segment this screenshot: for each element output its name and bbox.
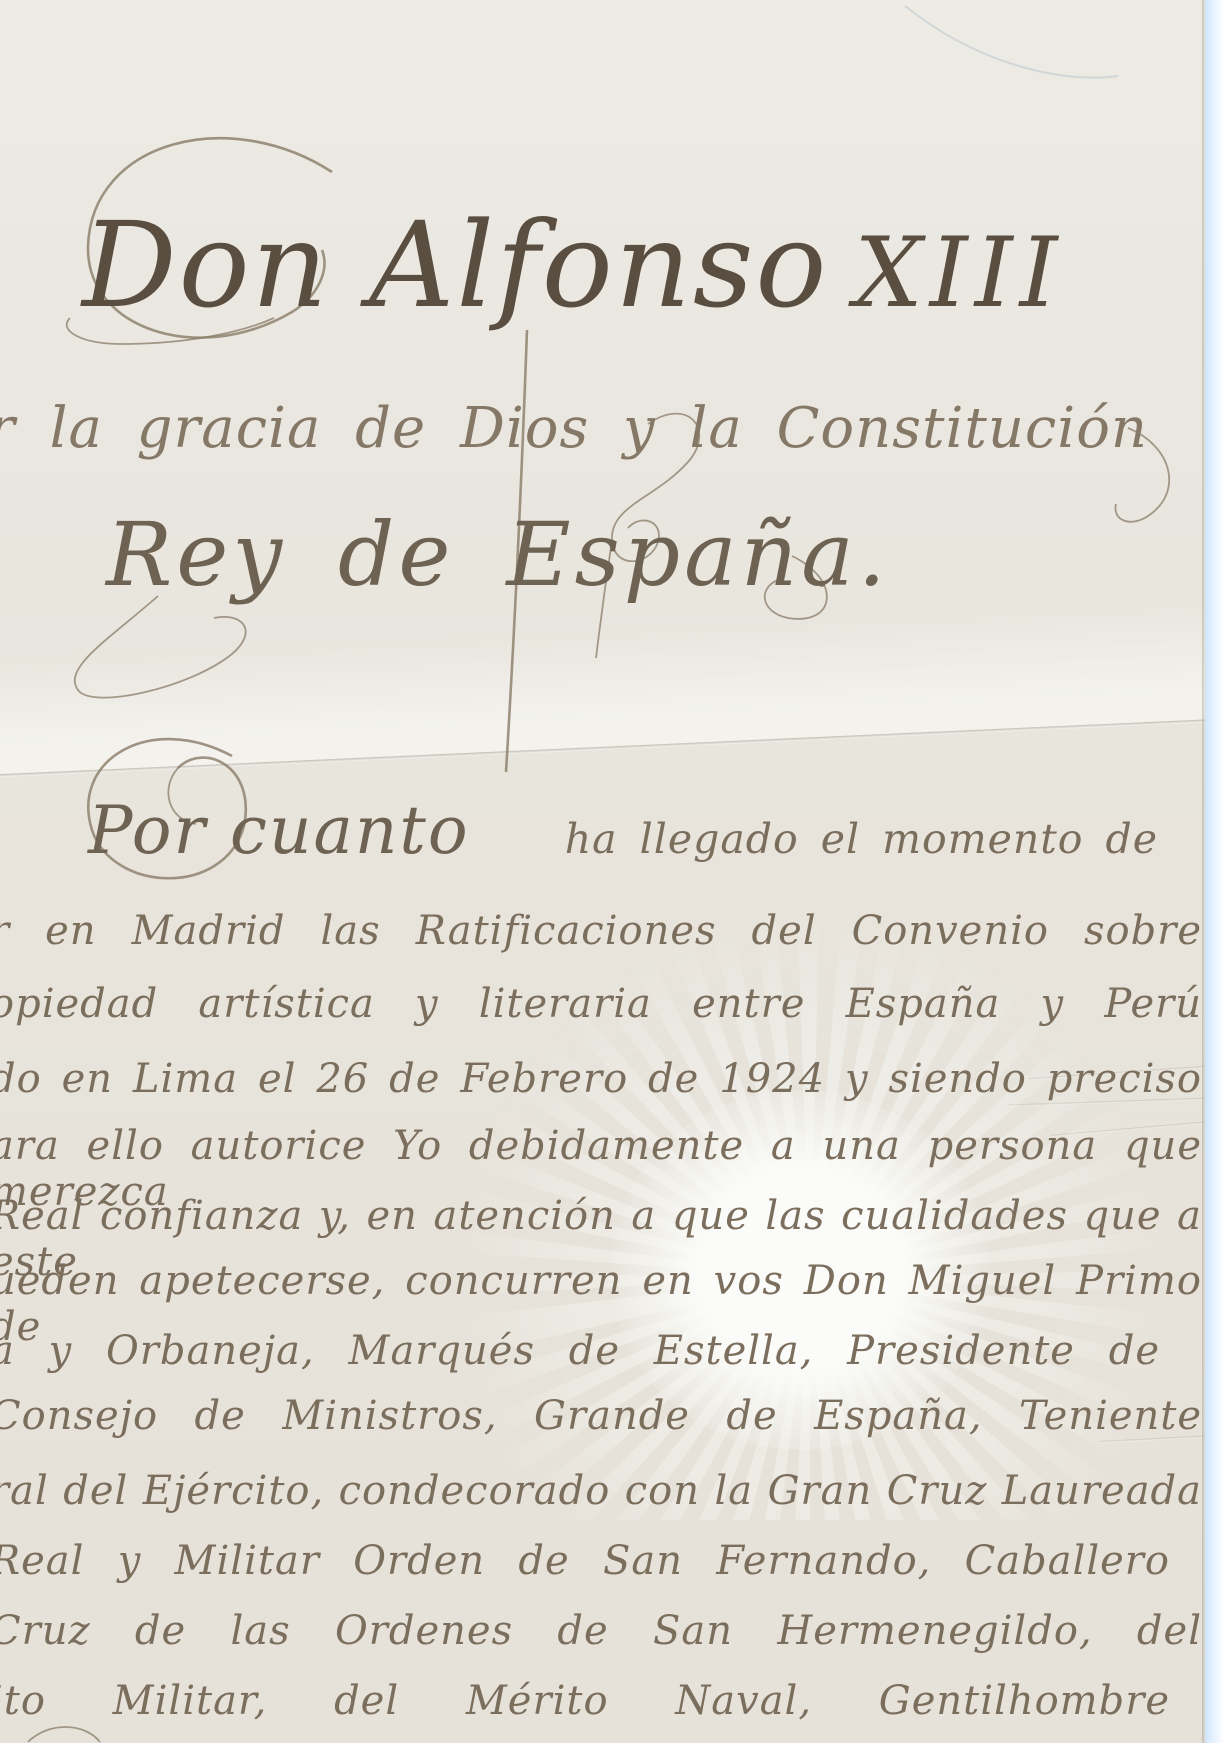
opening-line: Por cuanto ha llegado el momento de [88,792,1158,869]
title-script-text: Don Alfonso [82,196,828,334]
scanned-document-page: Don Alfonso XIII r la gracia de Dios y l… [0,0,1224,1743]
rey-de-espana-line: Rey de España. [106,503,890,606]
body-line-12: ito Militar, del Mérito Naval, Gentilhom… [0,1678,1170,1724]
body-line-3: do en Lima el 26 de Febrero de 1924 y si… [0,1056,1202,1102]
body-line-11: Cruz de las Ordenes de San Hermenegildo,… [0,1608,1202,1654]
opening-lead-text: Por cuanto [88,792,470,869]
scan-background-strip [1205,0,1224,1743]
opening-rest-text: ha llegado el momento de [565,815,1158,863]
body-line-9: ral del Ejército, condecorado con la Gra… [0,1468,1202,1514]
title-line: Don Alfonso XIII [82,196,912,334]
title-roman-numeral: XIII [854,217,1064,329]
body-line-10: Real y Militar Orden de San Fernando, Ca… [0,1538,1170,1584]
body-line-1: r en Madrid las Ratificaciones del Conve… [0,908,1202,954]
flourish-bottom-fragment [28,1727,100,1742]
body-line-2: opiedad artística y literaria entre Espa… [0,981,1202,1027]
body-line-7: a y Orbaneja, Marqués de Estella, Presid… [0,1328,1160,1374]
subtitle-line: r la gracia de Dios y la Constitución [0,396,1148,461]
body-line-8: Consejo de Ministros, Grande de España, … [0,1393,1202,1439]
